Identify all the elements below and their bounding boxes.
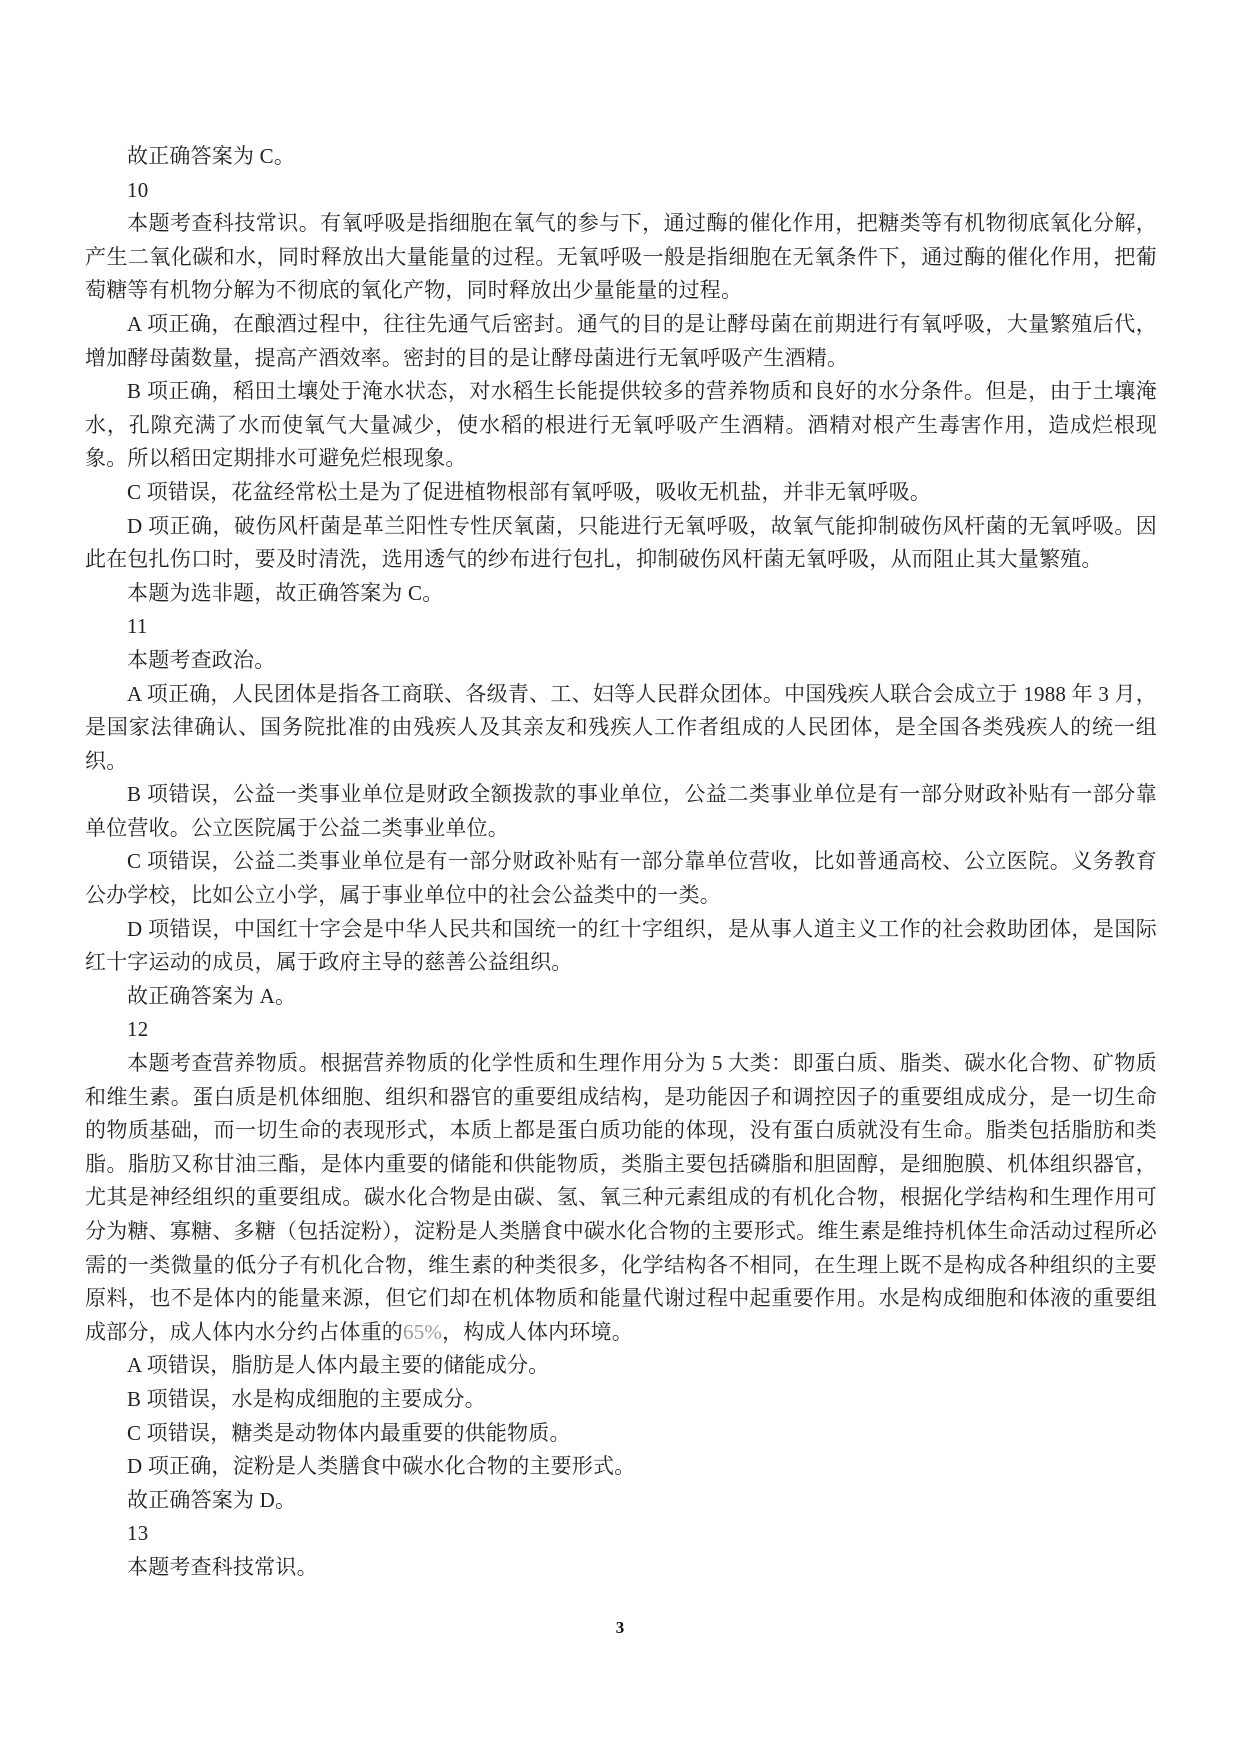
option-b-analysis: B 项错误，公益一类事业单位是财政全额拨款的事业单位，公益二类事业单位是有一部分… bbox=[85, 778, 1157, 845]
explanation-text: 本题考查营养物质。根据营养物质的化学性质和生理作用分为 5 大类：即蛋白质、脂类… bbox=[85, 1051, 1157, 1344]
option-d-analysis: D 项错误，中国红十字会是中华人民共和国统一的红十字组织，是从事人道主义工作的社… bbox=[85, 913, 1157, 980]
answer-line: 故正确答案为 A。 bbox=[85, 980, 1157, 1014]
option-d-analysis: D 项正确，破伤风杆菌是革兰阳性专性厌氧菌，只能进行无氧呼吸，故氧气能抑制破伤风… bbox=[85, 510, 1157, 577]
option-c-analysis: C 项错误，公益二类事业单位是有一部分财政补贴有一部分靠单位营收，比如普通高校、… bbox=[85, 845, 1157, 912]
question-number: 11 bbox=[85, 610, 1157, 644]
option-a-analysis: A 项正确，人民团体是指各工商联、各级青、工、妇等人民群众团体。中国残疾人联合会… bbox=[85, 678, 1157, 779]
answer-line: 故正确答案为 D。 bbox=[85, 1484, 1157, 1518]
answer-line: 本题为选非题，故正确答案为 C。 bbox=[85, 577, 1157, 611]
option-c-analysis: C 项错误，花盆经常松土是为了促进植物根部有氧呼吸，吸收无机盐，并非无氧呼吸。 bbox=[85, 476, 1157, 510]
question-number: 13 bbox=[85, 1517, 1157, 1551]
option-d-analysis: D 项正确，淀粉是人类膳食中碳水化合物的主要形式。 bbox=[85, 1450, 1157, 1484]
explanation-paragraph: 本题考查科技常识。有氧呼吸是指细胞在氧气的参与下，通过酶的催化作用，把糖类等有机… bbox=[85, 207, 1157, 308]
page-number: 3 bbox=[0, 1618, 1240, 1638]
option-c-analysis: C 项错误，糖类是动物体内最重要的供能物质。 bbox=[85, 1417, 1157, 1451]
explanation-text: ，构成人体内环境。 bbox=[442, 1320, 633, 1344]
option-a-analysis: A 项正确，在酿酒过程中，往往先通气后密封。通气的目的是让酵母菌在前期进行有氧呼… bbox=[85, 308, 1157, 375]
option-b-analysis: B 项错误，水是构成细胞的主要成分。 bbox=[85, 1383, 1157, 1417]
question-number: 12 bbox=[85, 1013, 1157, 1047]
question-number: 10 bbox=[85, 174, 1157, 208]
option-b-analysis: B 项正确，稻田土壤处于淹水状态，对水稻生长能提供较多的营养物质和良好的水分条件… bbox=[85, 375, 1157, 476]
option-a-analysis: A 项错误，脂肪是人体内最主要的储能成分。 bbox=[85, 1349, 1157, 1383]
explanation-paragraph: 本题考查营养物质。根据营养物质的化学性质和生理作用分为 5 大类：即蛋白质、脂类… bbox=[85, 1047, 1157, 1349]
explanation-paragraph: 本题考查科技常识。 bbox=[85, 1551, 1157, 1585]
explanation-paragraph: 本题考查政治。 bbox=[85, 644, 1157, 678]
document-body: 故正确答案为 C。 10 本题考查科技常识。有氧呼吸是指细胞在氧气的参与下，通过… bbox=[85, 140, 1157, 1585]
highlighted-value: 65% bbox=[403, 1320, 442, 1344]
document-page: 故正确答案为 C。 10 本题考查科技常识。有氧呼吸是指细胞在氧气的参与下，通过… bbox=[0, 0, 1240, 1754]
answer-line: 故正确答案为 C。 bbox=[85, 140, 1157, 174]
